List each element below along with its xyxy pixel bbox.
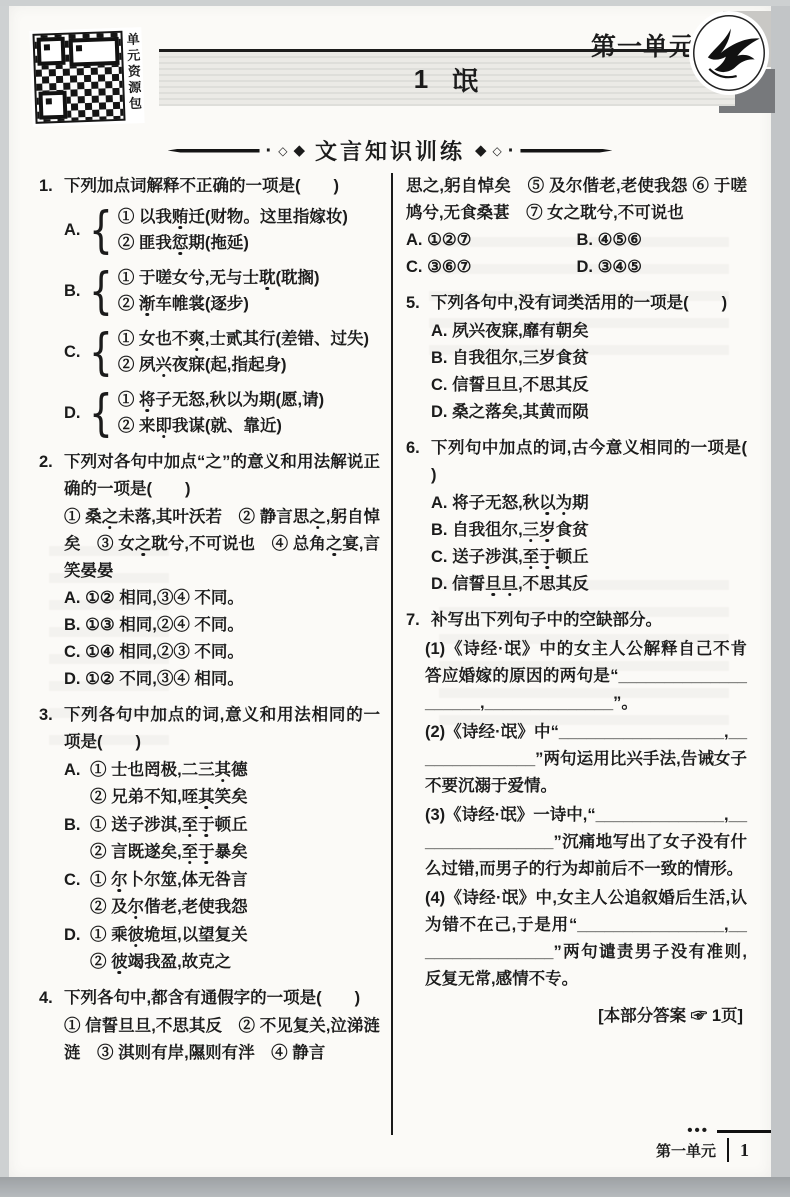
two-column-body: 1. 下列加点词解释不正确的一项是( ) A. { ① 以我贿迁(财物。这里指嫁… [39,173,747,1135]
qr-sticker: 单元资源包 [29,27,144,127]
option-label: C. [64,339,89,366]
section-title: 文言知识训练 [315,135,465,166]
fill-blank-part: (2)《诗经·氓》中“__________________,__________… [425,719,747,800]
option: A. 夙兴夜寐,靡有朝矣 [431,318,747,345]
taper-line-icon [168,149,260,153]
page: 单元资源包 1 氓 第一单元 · ◇ ◆ 文言知识训练 ◆ ◇ · 1. [9,5,771,1178]
emphasis-dot-char: 愆 [172,234,189,252]
emphasis-dot-char: 爽 [188,330,205,348]
question-number: 3. [39,702,53,729]
emphasis-dot-char: 尔 [128,898,145,916]
option: B. 自我徂尔,三岁食贫 [431,345,747,372]
question-5: 5. 下列各句中,没有词类活用的一项是( ) A. 夙兴夜寐,靡有朝矣 B. 自… [406,290,747,426]
option-line: ② 兄弟不知,咥其笑矣 [90,784,380,811]
bird-logo-icon [693,15,765,91]
option-row: C. ① 尔卜尔筮,体无咎言 ② 及尔偕老,老使我怨 [64,867,380,921]
option-row: D. { ① 将子无怒,秋以为期(愿,请) ② 来即我谋(就、靠近) [64,386,380,440]
brace-icon: { [89,264,113,318]
option-label: D. [64,922,90,976]
question-stem: 下列各句中,没有词类活用的一项是( ) [431,290,747,317]
emphasis-dot-char: 渐 [139,295,156,313]
option-line: ① 以我贿迁(财物。这里指嫁妆) [118,204,380,230]
option-line: ② 匪我愆期(拖延) [118,230,380,256]
emphasis-dot-char: 尔 [111,871,128,889]
footer-unit-label: 第一单元 [656,1140,716,1161]
answer-note-prefix: [本部分答案 [598,1007,686,1025]
question-4-continued: 思之,躬自悼矣 ⑤ 及尔偕老,老使我怨 ⑥ 于嗟鸠兮,无食桑葚 ⑦ 女之耽兮,不… [406,173,747,281]
question-2: 2. 下列对各句中加点“之”的意义和用法解说正确的一项是( ) ① 桑之未落,其… [39,449,380,693]
section-header: · ◇ ◆ 文言知识训练 ◆ ◇ · [9,135,771,166]
question-4: 4. 下列各句中,都含有通假字的一项是( ) ① 信誓旦旦,不思其反 ② 不见复… [39,985,380,1067]
emphasis-dot-char: 其 [198,788,215,806]
option-line: ① 女也不爽,士贰其行(差错、过失) [118,326,380,352]
emphasis-dot-char: 至 [182,843,199,861]
option: C. 信誓旦旦,不思其反 [431,372,747,399]
brace-icon: { [89,203,113,257]
option-row: A. ① 士也罔极,二三其德 ② 兄弟不知,咥其笑矣 [64,757,380,811]
qr-caption: 单元资源包 [125,30,141,120]
emphasis-dot-char: 之 [326,535,343,553]
option-row: B. ① 送子涉淇,至于顿丘 ② 言既遂矣,至于暴矣 [64,812,380,866]
emphasis-dot-char: 即 [155,417,172,435]
emphasis-dot-char: 彼 [111,953,128,971]
option: D. 信誓旦旦,不思其反 [431,571,747,598]
option: B. ①③ 相同,②④ 不同。 [64,612,380,639]
question-stem: 下列对各句中加点“之”的意义和用法解说正确的一项是( ) [64,449,380,503]
dot-icon: · [266,141,273,161]
scan-edge [0,0,9,1197]
option-line: ① 于嗟女兮,无与士耽(耽搁) [118,265,380,291]
question-stem: 下列各句中加点的词,意义和用法相同的一项是( ) [64,702,380,756]
option-line: ① 将子无怒,秋以为期(愿,请) [118,387,380,413]
fill-blank-part: (1)《诗经·氓》中的女主人公解释自己不肯答应婚嫁的原因的两句是“_______… [425,636,747,717]
emphasis-dot-char: 之 [135,535,152,553]
option-line: ① 尔卜尔筮,体无咎言 [90,867,380,894]
question-number: 1. [39,173,53,200]
option-label: A. [64,757,90,811]
emphasis-dot-char: 其 [215,761,232,779]
qr-code-icon [32,31,125,124]
option-label: B. [64,812,90,866]
option: D. ①② 不同,③④ 相同。 [64,666,380,693]
option-row: A. ①②⑦ B. ④⑤⑥ [406,227,747,254]
emphasis-dot-char: 至 [182,816,199,834]
diamond-hollow-icon: ◇ [278,145,287,157]
option: C. 送子涉淇,至于顿丘 [431,544,747,571]
emphasis-dot-char: 兴 [155,356,172,374]
brace-icon: { [89,386,113,440]
emphasis-dot-char: 旦 [485,575,502,593]
emphasis-dot-char: 以 [539,494,556,512]
option-line: ② 及尔偕老,老使我怨 [90,894,380,921]
question-items: 思之,躬自悼矣 ⑤ 及尔偕老,老使我怨 ⑥ 于嗟鸠兮,无食桑葚 ⑦ 女之耽兮,不… [406,173,747,227]
footer-divider [727,1138,729,1162]
option-label: A. [64,217,89,244]
question-stem: 下列加点词解释不正确的一项是( ) [64,173,380,200]
emphasis-dot-char: 于 [539,548,556,566]
qr-finder-icon [38,91,67,120]
option: D. ③④⑤ [577,254,748,281]
option-line: ② 彼竭我盈,故克之 [90,949,380,976]
scan-edge [0,1177,790,1197]
option-line: ② 言既遂矣,至于暴矣 [90,839,380,866]
fill-blank-part: (4)《诗经·氓》中,女主人公追叙婚后生活,认为错不在己,于是用“_______… [425,885,747,993]
option: A. ①②⑦ [406,227,577,254]
option: A. ①② 相同,③④ 不同。 [64,585,380,612]
dot-icon: · [508,141,515,161]
emphasis-dot-char: 三 [523,521,540,539]
footer-page-number: 1 [740,1140,749,1161]
option-line: ② 来即我谋(就、靠近) [118,413,380,439]
question-6: 6. 下列句中加点的词,古今意义相同的一项是( ) A. 将子无怒,秋以为期 B… [406,435,747,598]
emphasis-dot-char: 耽 [259,269,276,287]
option: B. ④⑤⑥ [577,227,748,254]
question-number: 7. [406,607,420,634]
option-line: ① 乘彼垝垣,以望复关 [90,922,380,949]
scanned-workbook-page: { "header": { "unit": "第一单元", "qr_captio… [0,0,790,1197]
emphasis-dot-char: 贿 [172,208,189,226]
option-line: ① 送子涉淇,至于顿丘 [90,812,380,839]
question-number: 4. [39,985,53,1012]
diamond-hollow-icon: ◇ [493,145,502,157]
fill-blank-part: (3)《诗经·氓》一诗中,“______________,___________… [425,802,747,883]
option: C. ③⑥⑦ [406,254,577,281]
qr-finder-icon [37,37,66,66]
emphasis-dot-char: 岁 [539,521,556,539]
option: C. ①④ 相同,②③ 不同。 [64,639,380,666]
diamond-filled-icon: ◆ [475,143,487,158]
emphasis-dot-char: 至 [523,548,540,566]
option-row: A. { ① 以我贿迁(财物。这里指嫁妆) ② 匪我愆期(拖延) [64,203,380,257]
question-3: 3. 下列各句中加点的词,意义和用法相同的一项是( ) A. ① 士也罔极,二三… [39,702,380,976]
scan-edge [0,0,790,6]
option: B. 自我徂尔,三岁食贫 [431,517,747,544]
emphasis-dot-char: 之 [309,508,326,526]
answer-note: [本部分答案 ☞ 1页] [406,1003,747,1030]
left-column: 1. 下列加点词解释不正确的一项是( ) A. { ① 以我贿迁(财物。这里指嫁… [39,173,391,1135]
option-row: D. ① 乘彼垝垣,以望复关 ② 彼竭我盈,故克之 [64,922,380,976]
question-7: 7. 补写出下列句子中的空缺部分。 (1)《诗经·氓》中的女主人公解释自己不肯答… [406,607,747,993]
qr-finder-icon [69,37,120,67]
question-number: 2. [39,449,53,476]
emphasis-dot-char: 于 [198,843,215,861]
option-row: C. ③⑥⑦ D. ③④⑤ [406,254,747,281]
diamond-filled-icon: ◆ [293,143,305,158]
taper-line-icon [520,149,612,153]
option-line: ② 渐车帷裳(逐步) [118,291,380,317]
question-items: ① 信誓旦旦,不思其反 ② 不见复关,泣涕涟涟 ③ 淇则有岸,隰则有泮 ④ 静言 [64,1013,380,1067]
brace-icon: { [89,325,113,379]
emphasis-dot-char: 将 [139,391,156,409]
lesson-title: 氓 [452,61,480,98]
option: A. 将子无怒,秋以为期 [431,490,747,517]
pointing-hand-icon: ☞ [691,1007,708,1025]
emphasis-dot-char: 彼 [128,926,145,944]
option-label: C. [64,867,90,921]
question-1: 1. 下列加点词解释不正确的一项是( ) A. { ① 以我贿迁(财物。这里指嫁… [39,173,380,440]
page-footer: ••• 第一单元 1 [656,1126,771,1162]
answer-note-suffix: 1页] [712,1007,743,1025]
right-column: 思之,躬自悼矣 ⑤ 及尔偕老,老使我怨 ⑥ 于嗟鸠兮,无食桑葚 ⑦ 女之耽兮,不… [393,173,747,1135]
option-label: D. [64,400,89,427]
question-items: ① 桑之未落,其叶沃若 ② 静言思之,躬自悼矣 ③ 女之耽兮,不可说也 ④ 总角… [64,504,380,585]
option-row: C. { ① 女也不爽,士贰其行(差错、过失) ② 夙兴夜寐(起,指起身) [64,325,380,379]
option-row: B. { ① 于嗟女兮,无与士耽(耽搁) ② 渐车帷裳(逐步) [64,264,380,318]
footer-rule [717,1130,771,1133]
unit-label: 第一单元 [591,27,695,63]
emphasis-dot-char: 之 [102,508,119,526]
question-number: 6. [406,435,420,462]
question-stem: 补写出下列句子中的空缺部分。 [431,607,747,634]
question-number: 5. [406,290,420,317]
lesson-number: 1 [414,64,428,95]
option-line: ① 士也罔极,二三其德 [90,757,380,784]
option: D. 桑之落矣,其黄而陨 [431,399,747,426]
question-stem: 下列各句中,都含有通假字的一项是( ) [64,985,380,1012]
question-stem: 下列句中加点的词,古今意义相同的一项是( ) [431,435,747,489]
option-line: ② 夙兴夜寐(起,指起身) [118,352,380,378]
emphasis-dot-char: 于 [198,816,215,834]
emphasis-dot-char: 旦 [502,575,519,593]
emphasis-dot-char: 为 [556,494,573,512]
footer-dots-icon: ••• [687,1126,709,1136]
option-label: B. [64,278,89,305]
